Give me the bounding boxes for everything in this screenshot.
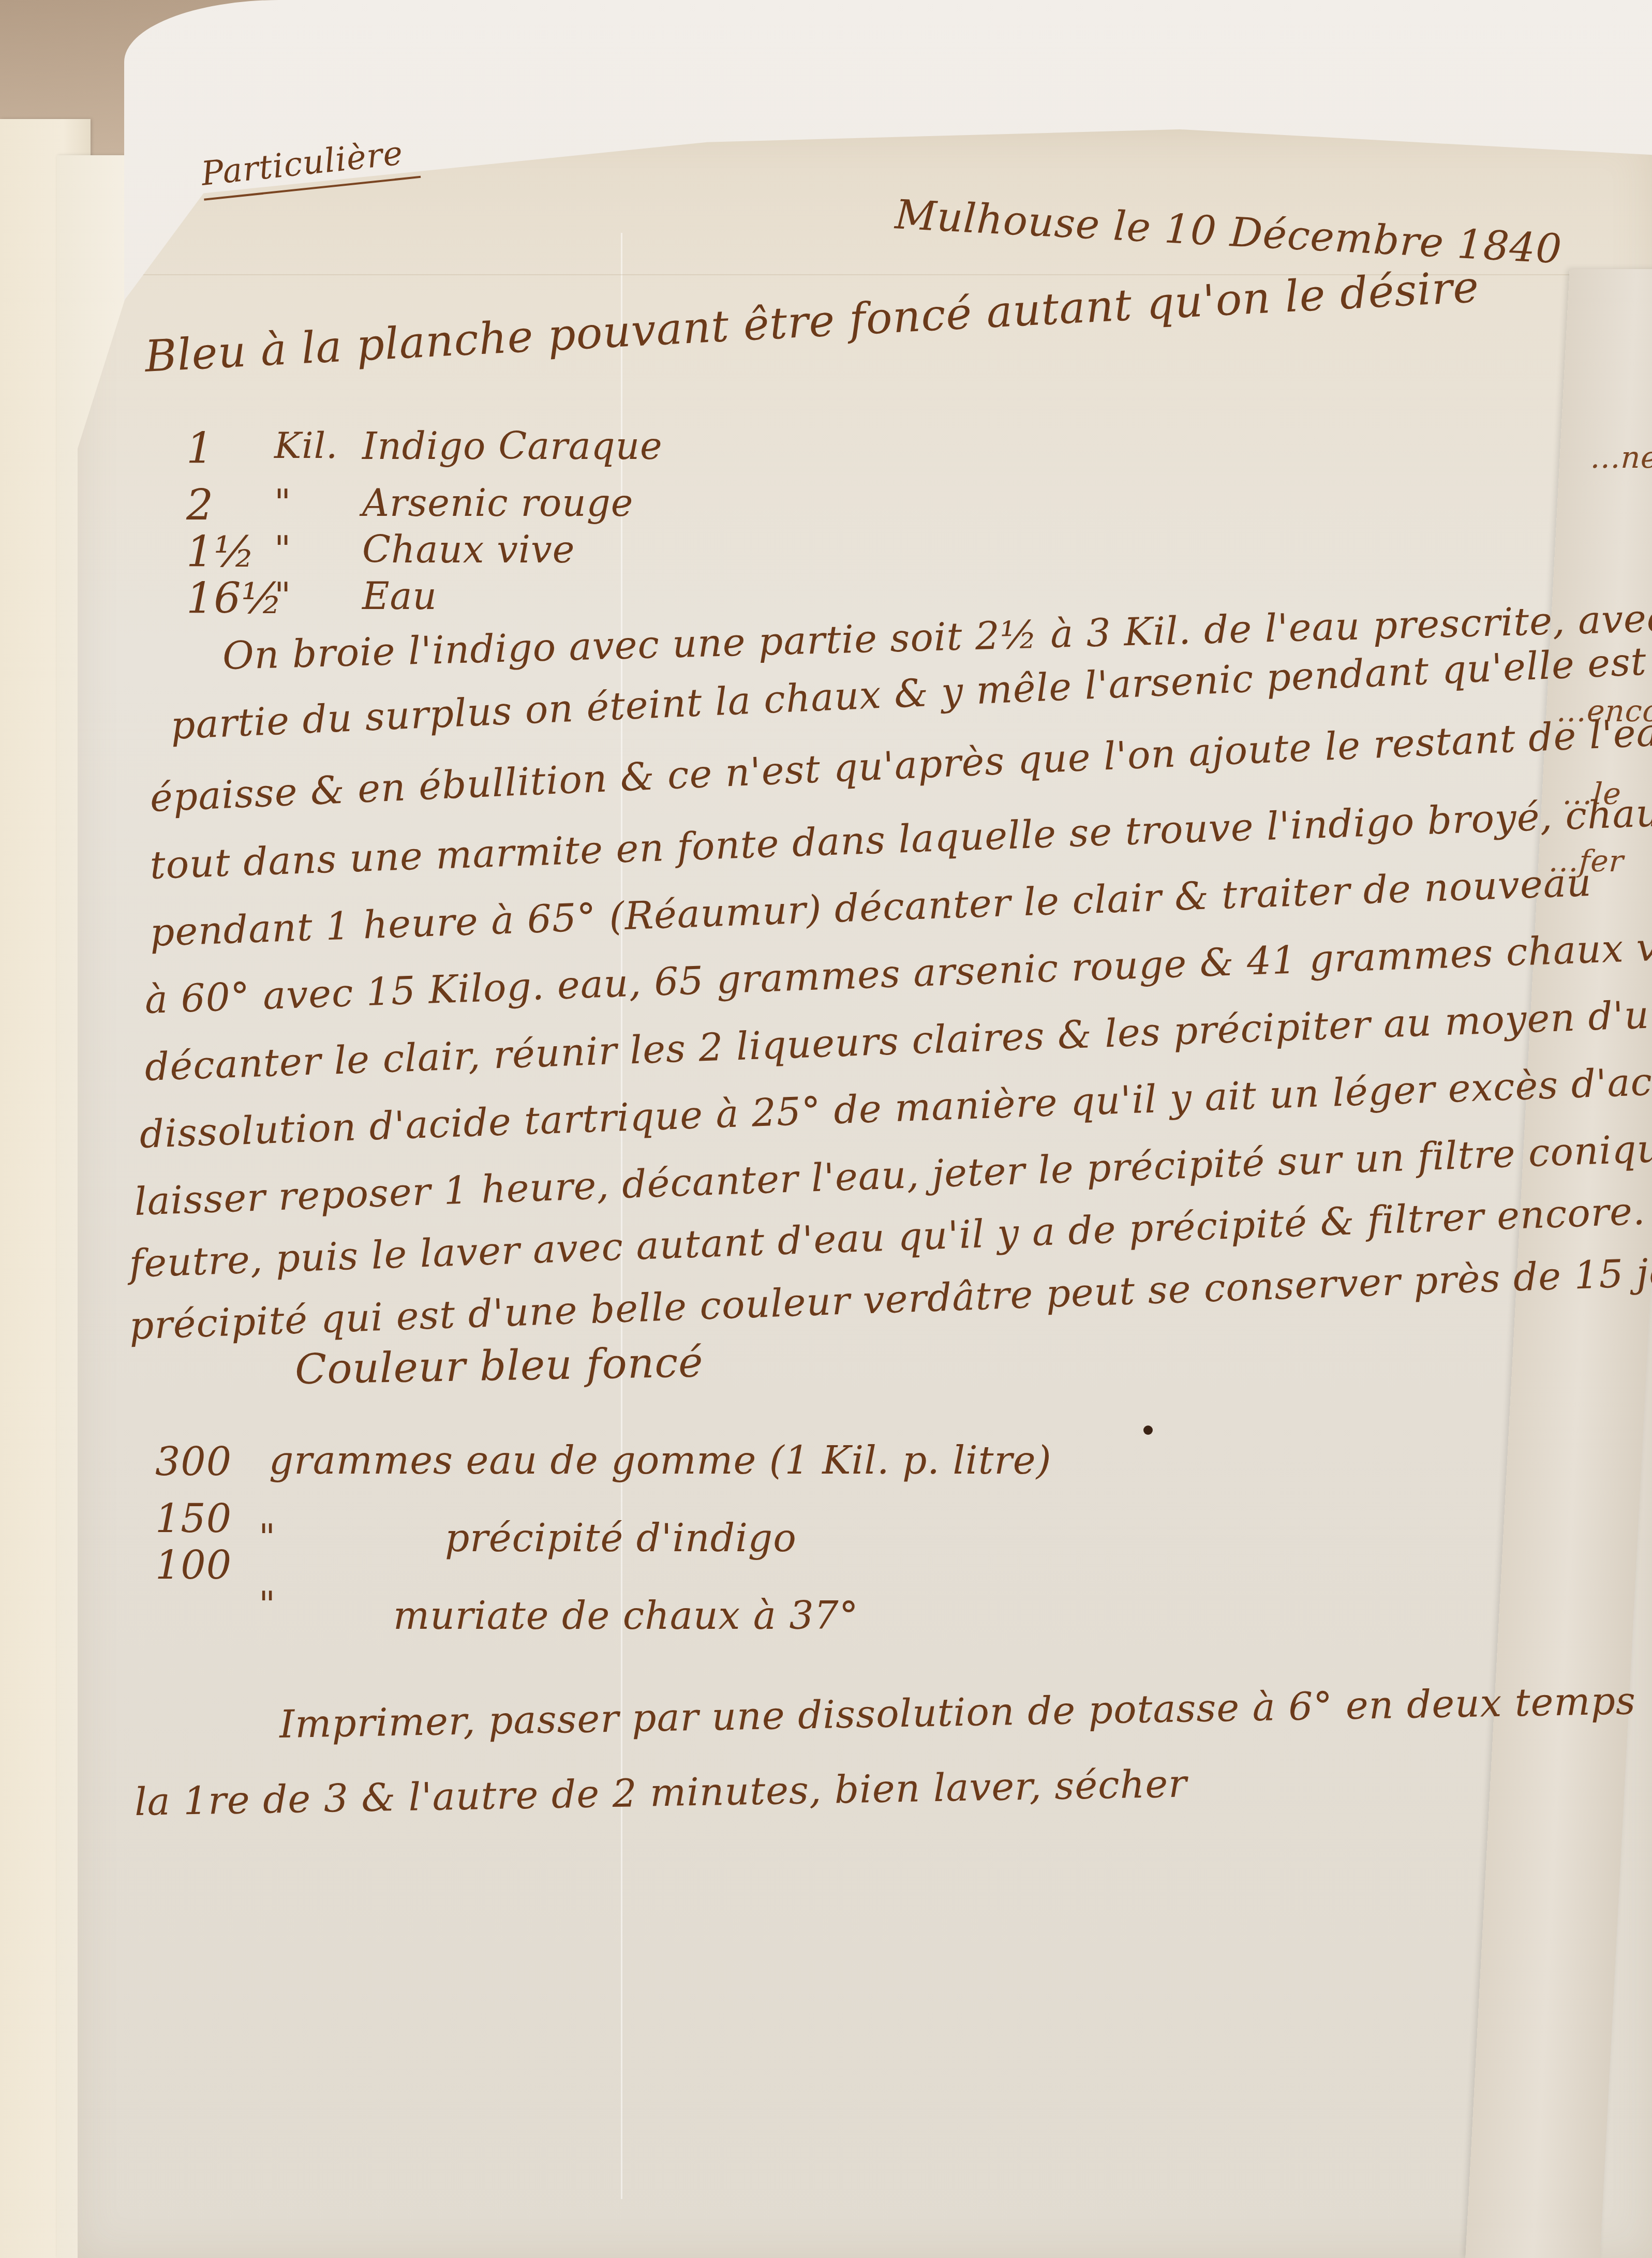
ink-blot bbox=[1143, 1425, 1153, 1435]
paper-fold-vertical bbox=[621, 233, 622, 2199]
ingredient-name: Indigo Caraque bbox=[362, 424, 663, 468]
ingredient-qty: 1½ bbox=[186, 528, 256, 577]
recipe2-name: précipité d'indigo bbox=[445, 1516, 797, 1561]
ingredient-unit: " bbox=[274, 528, 291, 570]
recipe2-qty: 300 bbox=[155, 1438, 232, 1484]
recipe2-qty: 150 bbox=[155, 1495, 232, 1541]
recipe2-unit: " bbox=[259, 1516, 276, 1558]
ingredient-qty: 2 bbox=[186, 481, 214, 530]
recipe2-name: muriate de chaux à 37° bbox=[393, 1594, 859, 1638]
ingredient-unit: " bbox=[274, 481, 291, 524]
margin-fragment: ...ne bbox=[1590, 440, 1652, 475]
ingredient-qty: 16½ bbox=[186, 574, 283, 623]
ingredient-qty: 1 bbox=[186, 424, 214, 473]
ingredient-unit: " bbox=[274, 574, 291, 617]
ingredient-unit: Kil. bbox=[274, 424, 338, 467]
recipe2-unit: " bbox=[259, 1583, 276, 1626]
ingredient-name: Eau bbox=[362, 574, 437, 618]
recipe2-qty: 100 bbox=[155, 1542, 232, 1588]
recipe2-name: grammes eau de gomme (1 Kil. p. litre) bbox=[269, 1438, 1052, 1483]
ingredient-name: Arsenic rouge bbox=[362, 481, 633, 525]
sub-heading: Couleur bleu foncé bbox=[294, 1338, 704, 1393]
ingredient-name: Chaux vive bbox=[362, 528, 575, 571]
